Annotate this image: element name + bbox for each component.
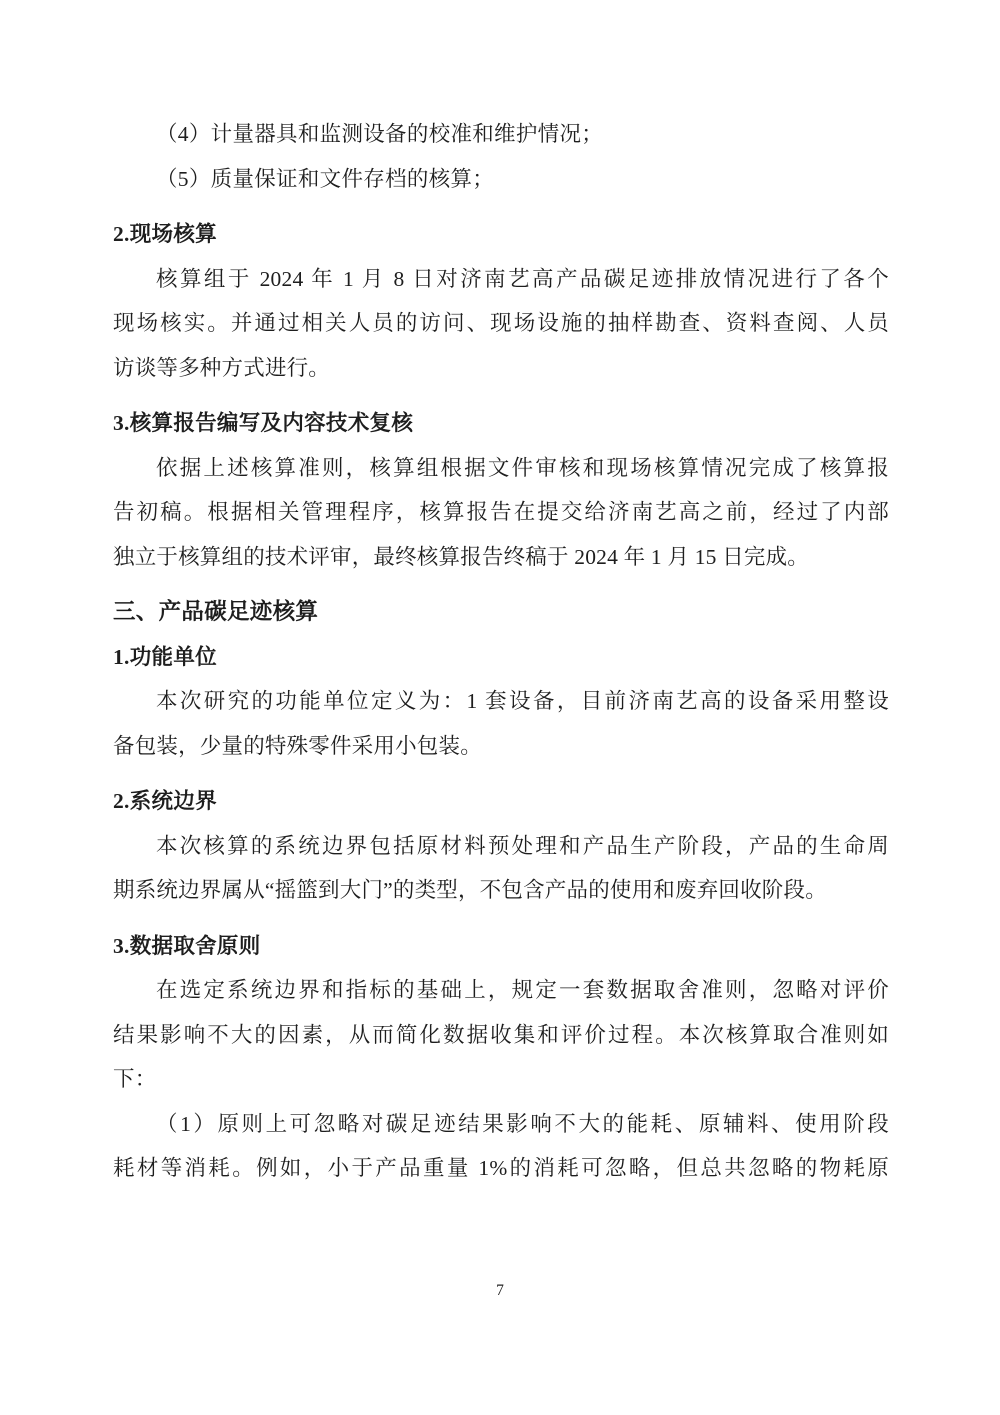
para-functional-unit-line-2: 备包装，少量的特殊零件采用小包装。 [113, 724, 889, 769]
para-data-cutoff-principles-line-1: 在选定系统边界和指标的基础上，规定一套数据取舍准则，忽略对评价 [113, 968, 889, 1013]
heading-system-boundary: 2.系统边界 [113, 779, 889, 824]
para-system-boundary-line-2: 期系统边界属从“摇篮到大门”的类型，不包含产品的使用和废弃回收阶段。 [113, 868, 889, 913]
heading-data-cutoff-principles: 3.数据取舍原则 [113, 924, 889, 969]
page-number: 7 [496, 1282, 504, 1299]
para-cutoff-rule-1-line-1: （1）原则上可忽略对碳足迹结果影响不大的能耗、原辅料、使用阶段 [113, 1102, 889, 1147]
list-item-4: （4）计量器具和监测设备的校准和维护情况； [113, 112, 889, 157]
para-functional-unit-line-1: 本次研究的功能单位定义为：1 套设备，目前济南艺高的设备采用整设 [113, 679, 889, 724]
para-report-writing-technical-review: 依据上述核算准则，核算组根据文件审核和现场核算情况完成了核算报告初稿。根据相关管… [113, 446, 889, 580]
para-system-boundary-line-1: 本次核算的系统边界包括原材料预处理和产品生产阶段，产品的生命周 [113, 824, 889, 869]
para-data-cutoff-principles: 在选定系统边界和指标的基础上，规定一套数据取舍准则，忽略对评价结果影响不大的因素… [113, 968, 889, 1102]
heading-functional-unit: 1.功能单位 [113, 635, 889, 680]
heading-report-writing-technical-review: 3.核算报告编写及内容技术复核 [113, 401, 889, 446]
para-cutoff-rule-1-line-2: 耗材等消耗。例如，小于产品重量 1%的消耗可忽略，但总共忽略的物耗原 [113, 1146, 889, 1191]
para-report-writing-technical-review-line-3: 独立于核算组的技术评审，最终核算报告终稿于 2024 年 1 月 15 日完成。 [113, 535, 889, 580]
para-report-writing-technical-review-line-1: 依据上述核算准则，核算组根据文件审核和现场核算情况完成了核算报 [113, 446, 889, 491]
para-onsite-accounting-line-2: 现场核实。并通过相关人员的访问、现场设施的抽样勘查、资料查阅、人员 [113, 301, 889, 346]
document-body: （4）计量器具和监测设备的校准和维护情况；（5）质量保证和文件存档的核算；2.现… [113, 112, 889, 1191]
para-data-cutoff-principles-line-2: 结果影响不大的因素，从而简化数据收集和评价过程。本次核算取合准则如 [113, 1013, 889, 1058]
heading-onsite-accounting: 2.现场核算 [113, 212, 889, 257]
para-system-boundary: 本次核算的系统边界包括原材料预处理和产品生产阶段，产品的生命周期系统边界属从“摇… [113, 824, 889, 913]
heading-section-product-carbon-footprint: 三、产品碳足迹核算 [113, 590, 889, 635]
para-onsite-accounting-line-3: 访谈等多种方式进行。 [113, 346, 889, 391]
page-footer: 7 [0, 1281, 1000, 1301]
para-onsite-accounting: 核算组于 2024 年 1 月 8 日对济南艺高产品碳足迹排放情况进行了各个现场… [113, 257, 889, 391]
list-item-5: （5）质量保证和文件存档的核算； [113, 157, 889, 202]
document-page: （4）计量器具和监测设备的校准和维护情况；（5）质量保证和文件存档的核算；2.现… [0, 0, 1000, 1415]
para-cutoff-rule-1: （1）原则上可忽略对碳足迹结果影响不大的能耗、原辅料、使用阶段耗材等消耗。例如，… [113, 1102, 889, 1191]
para-data-cutoff-principles-line-3: 下： [113, 1057, 889, 1102]
para-report-writing-technical-review-line-2: 告初稿。根据相关管理程序，核算报告在提交给济南艺高之前，经过了内部 [113, 490, 889, 535]
para-functional-unit: 本次研究的功能单位定义为：1 套设备，目前济南艺高的设备采用整设备包装，少量的特… [113, 679, 889, 768]
para-onsite-accounting-line-1: 核算组于 2024 年 1 月 8 日对济南艺高产品碳足迹排放情况进行了各个 [113, 257, 889, 302]
